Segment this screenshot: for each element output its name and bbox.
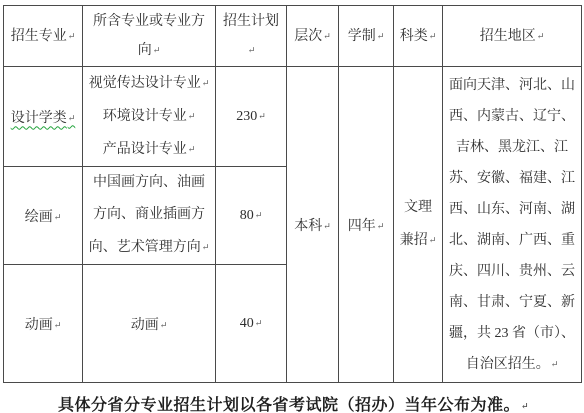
paragraph-mark: ↵ [188, 144, 196, 154]
plan-cell-painting: 80↵ [216, 167, 287, 265]
footnote: 具体分省分专业招生计划以各省考试院（招办）当年公布为准。↵ [3, 392, 584, 413]
paragraph-mark: ↵ [202, 78, 210, 88]
header-major-label: 招生专业 [11, 29, 67, 44]
plan-cell-animation: 40↵ [216, 265, 287, 383]
category-cell: 文理兼招↵ [394, 67, 443, 383]
table-header-row: 招生专业↵ 所含专业或专业方向↵ 招生计划↵ 层次↵ 学制↵ 科类↵ 招生地区↵ [4, 6, 582, 67]
plan-value-animation: 40 [240, 316, 254, 331]
major-cell-animation: 动画↵ [4, 265, 83, 383]
major-name-design: 设计学类 [11, 111, 67, 126]
level-cell: 本科↵ [287, 67, 339, 383]
duration-value: 四年 [348, 219, 376, 234]
sub-major-line: 环境设计专业↵ [87, 100, 211, 133]
paragraph-mark: ↵ [54, 212, 62, 222]
paragraph-mark: ↵ [160, 320, 168, 330]
paragraph-mark: ↵ [202, 242, 210, 252]
paragraph-mark: ↵ [255, 318, 263, 328]
header-level: 层次↵ [287, 6, 339, 67]
sub-major-line: 产品设计专业↵ [87, 133, 211, 166]
sub-majors-cell-design: 视觉传达设计专业↵ 环境设计专业↵ 产品设计专业↵ [83, 67, 216, 167]
paragraph-mark: ↵ [377, 221, 385, 231]
regions-cell: 面向天津、河北、山西、内蒙古、辽宁、吉林、黑龙江、江苏、安徽、福建、江西、山东、… [443, 67, 582, 383]
footnote-text: 具体分省分专业招生计划以各省考试院（招办）当年公布为准。 [58, 397, 520, 413]
paragraph-mark: ↵ [551, 359, 559, 369]
paragraph-mark: ↵ [68, 113, 76, 123]
level-value: 本科 [294, 219, 322, 234]
header-plan: 招生计划↵ [216, 6, 287, 67]
sub-major-text: 产品设计专业 [103, 142, 187, 157]
paragraph-mark: ↵ [255, 210, 263, 220]
sub-majors-cell-painting: 中国画方向、油画方向、商业插画方向、艺术管理方向↵ [83, 167, 216, 265]
paragraph-mark: ↵ [54, 320, 62, 330]
sub-major-text: 动画 [131, 318, 159, 333]
table-row-design: 设计学类↵ 视觉传达设计专业↵ 环境设计专业↵ 产品设计专业↵ 230↵ 本科↵… [4, 67, 582, 167]
category-value: 文理兼招 [400, 200, 432, 248]
header-regions: 招生地区↵ [443, 6, 582, 67]
paragraph-mark: ↵ [188, 111, 196, 121]
paragraph-mark: ↵ [323, 31, 331, 41]
paragraph-mark: ↵ [377, 31, 385, 41]
duration-cell: 四年↵ [339, 67, 394, 383]
paragraph-mark: ↵ [68, 31, 76, 41]
paragraph-mark: ↵ [153, 45, 161, 55]
sub-major-text: 视觉传达设计专业 [89, 76, 201, 91]
plan-value-design: 230 [236, 109, 257, 124]
major-name-animation: 动画 [25, 318, 53, 333]
header-sub-majors: 所含专业或专业方向↵ [83, 6, 216, 67]
sub-major-text: 中国画方向、油画方向、商业插画方向、艺术管理方向 [89, 175, 205, 255]
major-name-painting: 绘画 [25, 210, 53, 225]
paragraph-mark: ↵ [258, 111, 266, 121]
regions-text: 面向天津、河北、山西、内蒙古、辽宁、吉林、黑龙江、江苏、安徽、福建、江西、山东、… [449, 78, 575, 372]
sub-major-line: 中国画方向、油画方向、商业插画方向、艺术管理方向↵ [87, 167, 211, 264]
paragraph-mark: ↵ [521, 401, 529, 411]
header-sub-majors-label: 所含专业或专业方向 [93, 14, 205, 58]
header-major: 招生专业↵ [4, 6, 83, 67]
category-value-wrap: 文理兼招↵ [398, 192, 438, 257]
header-category: 科类↵ [394, 6, 443, 67]
paragraph-mark: ↵ [537, 31, 545, 41]
paragraph-mark: ↵ [248, 45, 256, 55]
paragraph-mark: ↵ [429, 235, 437, 245]
sub-major-text: 环境设计专业 [103, 109, 187, 124]
major-cell-painting: 绘画↵ [4, 167, 83, 265]
header-duration-label: 学制 [348, 29, 376, 44]
header-level-label: 层次 [294, 29, 322, 44]
regions-paragraph: 面向天津、河北、山西、内蒙古、辽宁、吉林、黑龙江、江苏、安徽、福建、江西、山东、… [447, 70, 577, 380]
plan-cell-design: 230↵ [216, 67, 287, 167]
paragraph-mark: ↵ [323, 221, 331, 231]
paragraph-mark: ↵ [429, 31, 437, 41]
sub-majors-cell-animation: 动画↵ [83, 265, 216, 383]
document-page: 招生专业↵ 所含专业或专业方向↵ 招生计划↵ 层次↵ 学制↵ 科类↵ 招生地区↵ [0, 0, 584, 413]
major-cell-design: 设计学类↵ [4, 67, 83, 167]
header-regions-label: 招生地区 [480, 29, 536, 44]
header-category-label: 科类 [400, 29, 428, 44]
header-plan-label: 招生计划 [223, 14, 279, 29]
plan-value-painting: 80 [240, 208, 254, 223]
enrollment-plan-table: 招生专业↵ 所含专业或专业方向↵ 招生计划↵ 层次↵ 学制↵ 科类↵ 招生地区↵ [3, 5, 582, 383]
sub-major-line: 视觉传达设计专业↵ [87, 67, 211, 100]
header-duration: 学制↵ [339, 6, 394, 67]
